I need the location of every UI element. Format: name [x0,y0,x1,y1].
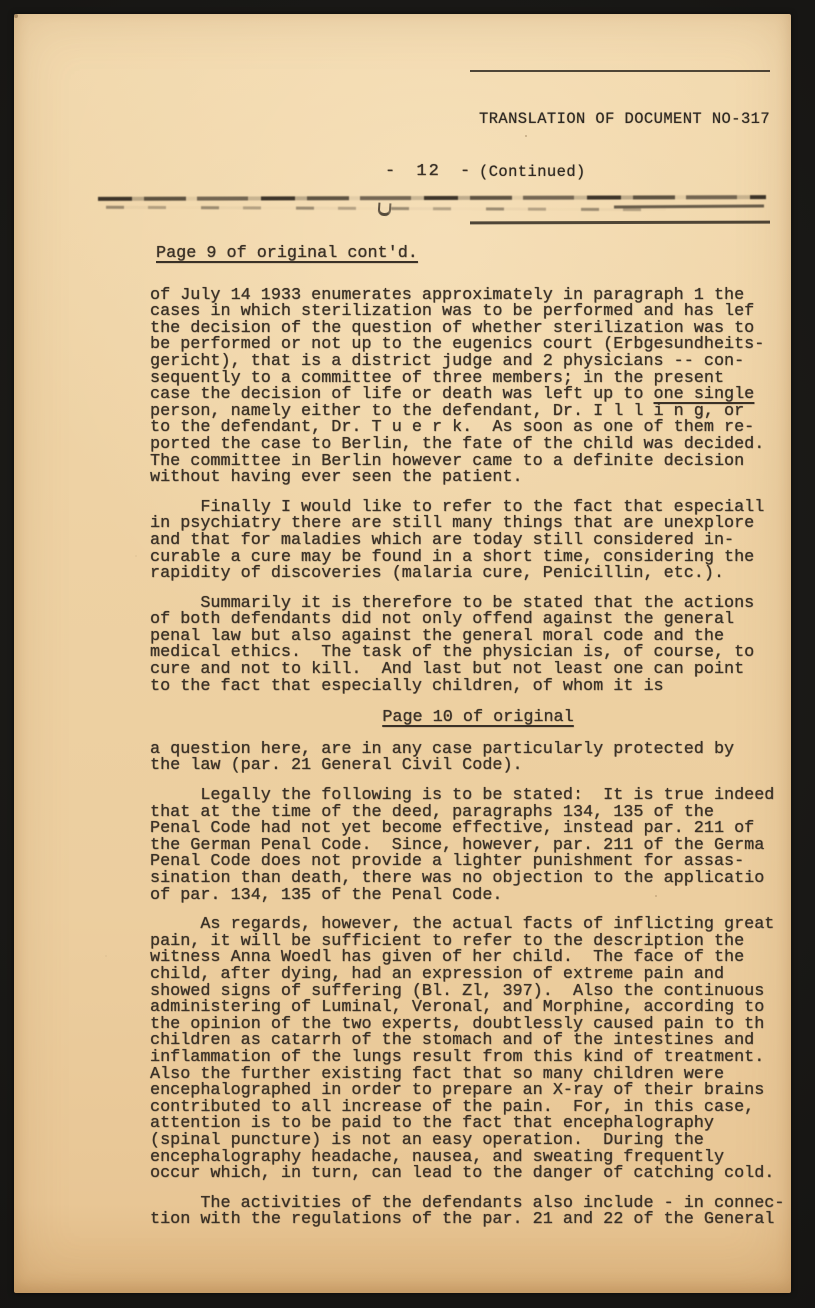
document-body: Page 9 of original cont'd.of July 14 193… [150,246,806,1242]
text-line: rapidity of discoveries (malaria cure, P… [150,566,806,583]
stamp-subtitle: (Continued) [479,164,770,182]
paragraph: a question here, are in any case particu… [150,742,806,775]
smudge-line-right [614,204,764,208]
text-line: of par. 134, 135 of the Penal Code. [150,888,806,905]
section-heading: Page 10 of original [150,710,806,727]
paragraph: of July 14 1933 enumerates approximately… [150,288,806,487]
text-line: without having ever seen the patient. [150,470,806,487]
smudge-line-top [98,195,766,201]
smudge-v-mark [378,203,392,217]
ink-smudge-band [92,190,770,220]
text-line: occur which, in turn, can lead to the da… [150,1166,806,1183]
stamp-rule-bottom [470,221,770,225]
text-line: to the fact that especially children, of… [150,679,806,696]
paragraph: Finally I would like to refer to the fac… [150,500,806,583]
text-line: tion with the regulations of the par. 21… [150,1212,806,1229]
stamp-rule-top [470,70,770,72]
paragraph: As regards, however, the actual facts of… [150,917,806,1183]
paragraph: The activities of the defendants also in… [150,1196,806,1229]
page-number: - 12 - [385,162,472,181]
paragraph: Summarily it is therefore to be stated t… [150,596,806,696]
text-line: the law (par. 21 General Civil Code). [150,758,806,775]
paragraph: Legally the following is to be stated: I… [150,788,806,904]
stamp-title: TRANSLATION OF DOCUMENT NO-317 [479,111,770,129]
paper-speckles [14,14,18,18]
document-page: TRANSLATION OF DOCUMENT NO-317 (Continue… [14,14,791,1293]
section-heading: Page 9 of original cont'd. [156,246,806,263]
